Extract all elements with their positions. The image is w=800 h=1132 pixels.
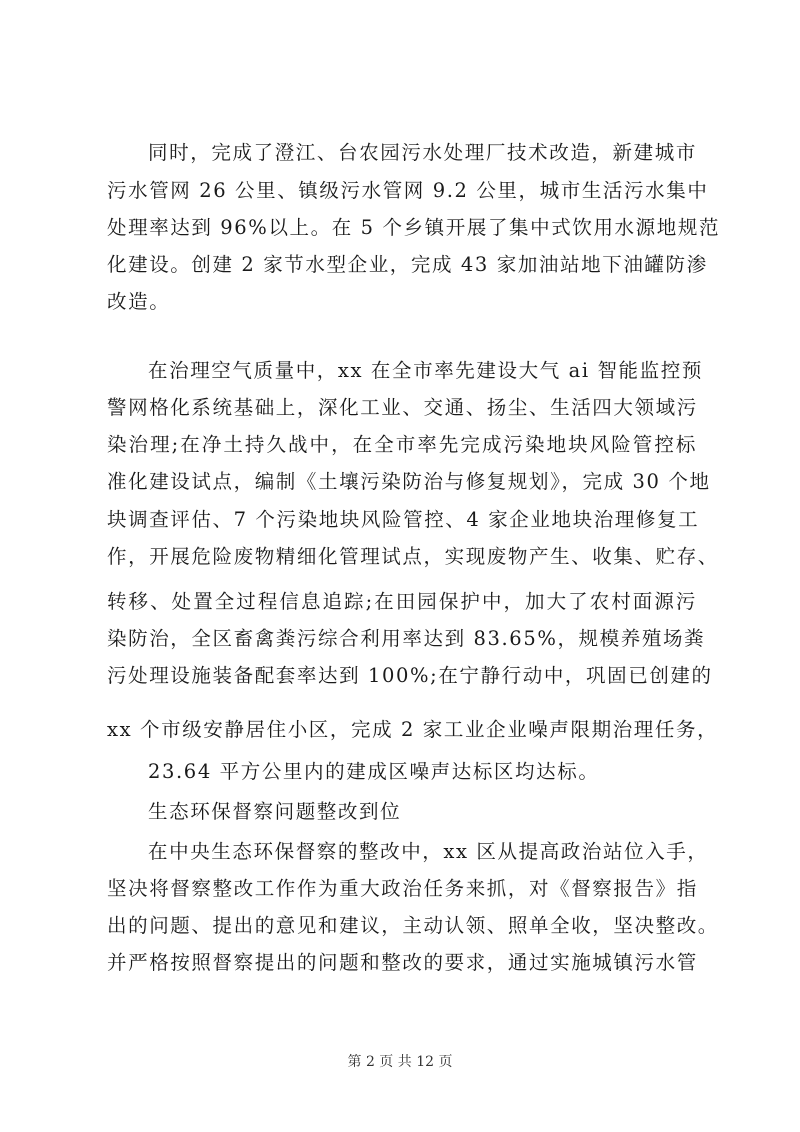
paragraph-3-line-2: 坚决将督察整改工作作为重大政治任务来抓，对《督察报告》指 [107,877,697,901]
paragraph-2-line-5: 块调查评估、7 个污染地块风险管控、4 家企业地块治理修复工 [107,508,697,532]
paragraph-1-line-5: 改造。 [107,290,697,314]
section-heading: 生态环保督察问题整改到位 [148,800,697,824]
document-page: 同时，完成了澄江、台农园污水处理厂技术改造，新建城市 污水管网 26 公里、镇级… [0,0,800,1132]
paragraph-3-line-4: 并严格按照督察提出的问题和整改的要求，通过实施城镇污水管 [107,951,697,975]
paragraph-2-line-9: 污处理设施装备配套率达到 100%;在宁静行动中，巩固已创建的 [107,664,697,688]
paragraph-2-line-1: 在治理空气质量中，xx 在全市率先建设大气 ai 智能监控预 [148,359,697,383]
paragraph-2-line-6: 作，开展危险废物精细化管理试点，实现废物产生、收集、贮存、 [107,545,697,569]
paragraph-2-line-3: 染治理;在净土持久战中，在全市率先完成污染地块风险管控标 [107,433,697,457]
paragraph-2-line-8: 染防治，全区畜禽粪污综合利用率达到 83.65%，规模养殖场粪 [107,627,697,651]
paragraph-2-line-7: 转移、处置全过程信息追踪;在田园保护中，加大了农村面源污 [107,590,697,614]
paragraph-1-line-2: 污水管网 26 公里、镇级污水管网 9.2 公里，城市生活污水集中 [107,179,697,203]
paragraph-2-line-11: 23.64 平方公里内的建成区噪声达标区均达标。 [148,760,697,784]
paragraph-1-line-4: 化建设。创建 2 家节水型企业，完成 43 家加油站地下油罐防渗 [107,253,697,277]
paragraph-1-line-3: 处理率达到 96%以上。在 5 个乡镇开展了集中式饮用水源地规范 [107,216,697,240]
paragraph-3-line-1: 在中央生态环保督察的整改中，xx 区从提高政治站位入手， [148,840,697,864]
paragraph-1-line-1: 同时，完成了澄江、台农园污水处理厂技术改造，新建城市 [148,141,697,165]
page-number-footer: 第 2 页 共 12 页 [0,1051,800,1071]
paragraph-2-line-4: 准化建设试点，编制《土壤污染防治与修复规划》，完成 30 个地 [107,470,697,494]
paragraph-3-line-3: 出的问题、提出的意见和建议，主动认领、照单全收，坚决整改。 [107,914,697,938]
paragraph-2-line-2: 警网格化系统基础上，深化工业、交通、扬尘、生活四大领域污 [107,396,697,420]
paragraph-2-line-10: xx 个市级安静居住小区，完成 2 家工业企业噪声限期治理任务， [107,718,697,742]
